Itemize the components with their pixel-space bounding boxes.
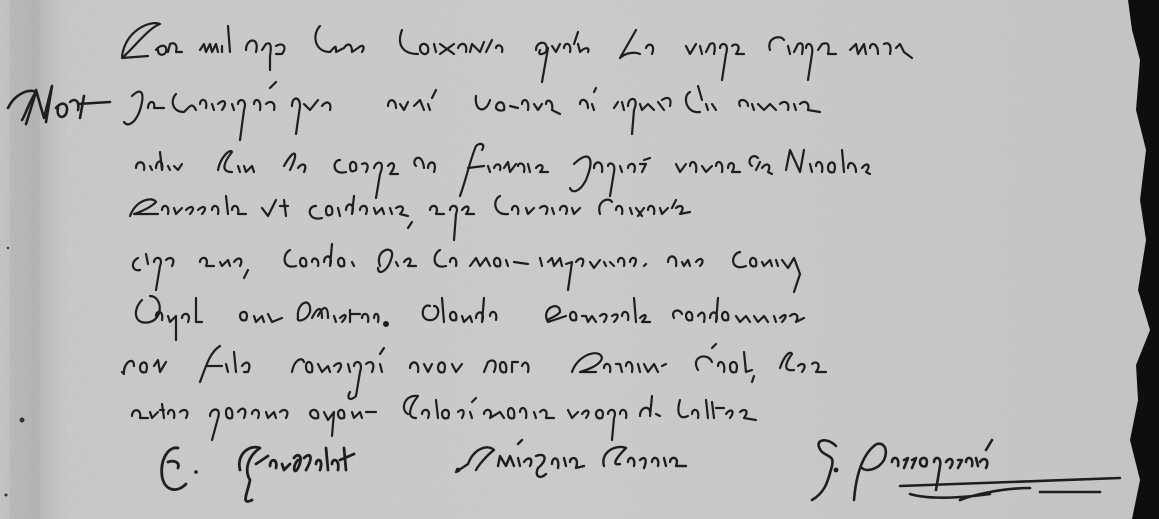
entry-line-6: duquel ont assisté Claude Rousselet cord… [120, 300, 750, 330]
signature-1: C. Rousselet [160, 450, 324, 480]
scanned-register-page: Mort L'an mil sept cens soixante quatre … [0, 0, 1159, 519]
signature-3: D. Perrey curé [810, 450, 1000, 480]
entry-line-2: Je soussigné prêtre curé de Sarrey ai in… [120, 88, 891, 118]
entry-line-4: Rousselet vt. cordonnier, âgée d'environ… [120, 198, 770, 228]
signature-2: S. Michelin Recteur [455, 450, 716, 480]
entry-line-1: L'an mil sept cens soixante quatre le vi… [120, 30, 818, 60]
entry-line-7: son fils soussigné avec notre Recteur d'… [120, 352, 766, 382]
entry-line-3: dudit lieu le corps de françoise Jacquot… [120, 148, 869, 178]
margin-note: Mort [8, 92, 83, 127]
entry-line-5: six ans, décédée d'hier de mort imprévüe… [120, 248, 811, 278]
entry-line-8: autres parens ayant déclaré n'avoir usag… [120, 400, 809, 430]
